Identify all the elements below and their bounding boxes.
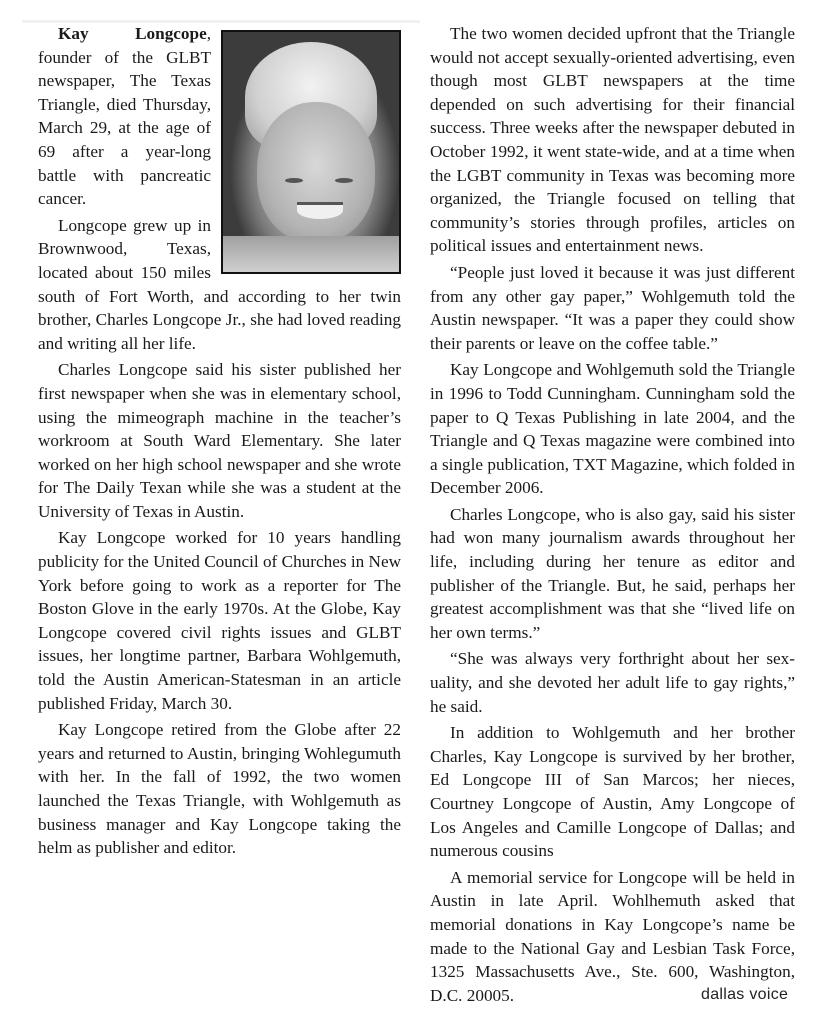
lead-text: , founder of the GLBT newspaper, The Tex… — [38, 24, 211, 208]
article-column-left: Kay Longcope, founder of the GLBT newspa… — [38, 22, 401, 863]
paragraph: Charles Longcope, who is also gay, said … — [430, 503, 795, 645]
photo-shoulders — [223, 236, 399, 272]
source-credit: dallas voice — [701, 986, 788, 1004]
paragraph: Charles Longcope said his sister publish… — [38, 358, 401, 523]
article-column-right: The two women decided upfront that the T… — [430, 22, 795, 1010]
photo-face — [257, 102, 375, 242]
paragraph: In addition to Wohlgemuth and her brothe… — [430, 721, 795, 863]
photo-eye-left — [285, 178, 303, 183]
paragraph: “People just loved it because it was jus… — [430, 261, 795, 355]
paragraph: Kay Longcope and Wohlgemuth sold the Tri… — [430, 358, 795, 500]
lead-name: Kay Longcope — [58, 24, 207, 43]
paragraph: Kay Longcope worked for 10 years handlin… — [38, 526, 401, 715]
paragraph: Kay Longcope retired from the Globe afte… — [38, 718, 401, 860]
photo-eye-right — [335, 178, 353, 183]
paragraph: “She was always very forthright about he… — [430, 647, 795, 718]
portrait-photo — [221, 30, 401, 274]
photo-smile — [297, 202, 343, 219]
paragraph: The two women decided upfront that the T… — [430, 22, 795, 258]
